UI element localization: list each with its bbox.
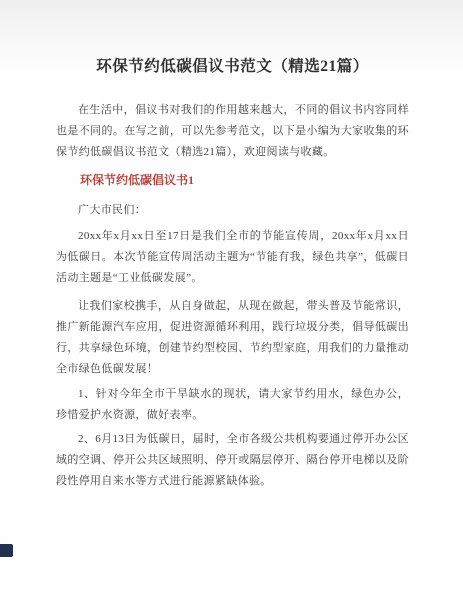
document-body: 环保节约低碳倡议书范文（精选21篇） 在生活中，倡议书对我们的作用越来越大，不同… (0, 0, 463, 492)
floating-widget[interactable] (0, 544, 13, 557)
section-heading: 环保节约低碳倡议书1 (56, 173, 409, 188)
page-title: 环保节约低碳倡议书范文（精选21篇） (56, 56, 409, 78)
body-paragraph: 让我们家校携手，从自身做起，从现在做起，带头普及节能常识，推广新能源汽车应用，促… (56, 296, 409, 380)
intro-paragraph: 在生活中，倡议书对我们的作用越来越大，不同的倡议书内容同样也是不同的。在写之前，… (56, 100, 409, 163)
body-paragraph: 1、针对今年全市干旱缺水的现状，请大家节约用水，绿色办公，珍惜爱护水资源，做好表… (56, 384, 409, 426)
body-paragraph: 2、6月13日为低碳日，届时，全市各级公共机构要通过停开办公区域的空调、停开公共… (56, 429, 409, 492)
salutation: 广大市民们： (56, 200, 409, 221)
document-page: 环保节约低碳倡议书范文（精选21篇） 在生活中，倡议书对我们的作用越来越大，不同… (0, 0, 463, 600)
body-paragraph: 20xx年x月xx日至17日是我们全市的节能宣传周，20xx年x月xx日为低碳日… (56, 226, 409, 289)
